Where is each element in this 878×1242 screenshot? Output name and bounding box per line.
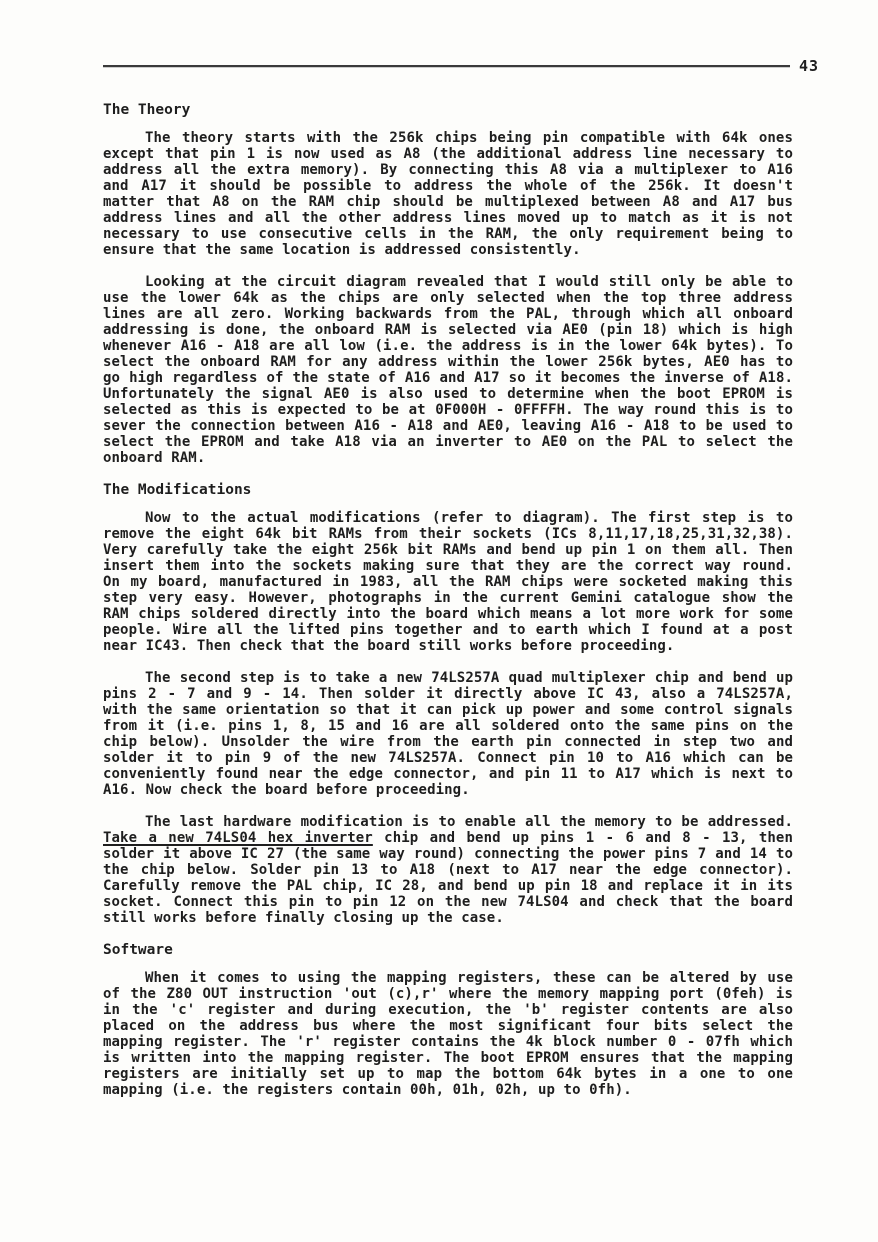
text-line: except that pin 1 is now used as A8 (the… (103, 146, 793, 162)
text-line: near IC43. Then check that the board sti… (103, 638, 793, 654)
text-line: ensure that the same location is address… (103, 242, 793, 258)
text-line: placed on the address bus where the most… (103, 1018, 793, 1034)
text-line: A16. Now check the board before proceedi… (103, 782, 793, 798)
text-line: conveniently found near the edge connect… (103, 766, 793, 782)
text-line: Now to the actual modifications (refer t… (103, 510, 793, 526)
text-line: matter that A8 on the RAM chip should be… (103, 194, 793, 210)
text-line: mapping (i.e. the registers contain 00h,… (103, 1082, 793, 1098)
paragraph-software-1: When it comes to using the mapping regis… (103, 970, 793, 1098)
text-line: people. Wire all the lifted pins togethe… (103, 622, 793, 638)
text-line: remove the eight 64k bit RAMs from their… (103, 526, 793, 542)
text-line: select the onboard RAM for any address w… (103, 354, 793, 370)
section-heading-the-theory: The Theory (103, 102, 793, 118)
underlined-text: Take a new 74LS04 hex inverter (103, 830, 373, 846)
text-line: necessary to use consecutive cells in th… (103, 226, 793, 242)
text-line: Very carefully take the eight 256k bit R… (103, 542, 793, 558)
text-line: Unfortunately the signal AE0 is also use… (103, 386, 793, 402)
paragraph-modifications-3: The last hardware modification is to ena… (103, 814, 793, 926)
text-line: with the same orientation so that it can… (103, 702, 793, 718)
text-line: Take a new 74LS04 hex inverter chip and … (103, 830, 793, 846)
text-line: lines are all zero. Working backwards fr… (103, 306, 793, 322)
header-rule (103, 65, 790, 67)
text-line: Looking at the circuit diagram revealed … (103, 274, 793, 290)
text-line: address lines and all the other address … (103, 210, 793, 226)
text-line: the chip below. Solder pin 13 to A18 (ne… (103, 862, 793, 878)
text-line: go high regardless of the state of A16 a… (103, 370, 793, 386)
document-page: 43 The Theory The theory starts with the… (0, 0, 878, 1242)
text-line: step very easy. However, photographs in … (103, 590, 793, 606)
section-heading-the-modifications: The Modifications (103, 482, 793, 498)
text-line: insert them into the sockets making sure… (103, 558, 793, 574)
paragraph-theory-1: The theory starts with the 256k chips be… (103, 130, 793, 258)
text-line: sever the connection between A16 - A18 a… (103, 418, 793, 434)
text-line: registers are initially set up to map th… (103, 1066, 793, 1082)
text-line: solder it to pin 9 of the new 74LS257A. … (103, 750, 793, 766)
paragraph-modifications-1: Now to the actual modifications (refer t… (103, 510, 793, 654)
text-line: The last hardware modification is to ena… (103, 814, 793, 830)
page-number: 43 (799, 57, 819, 75)
text-line: whenever A16 - A18 are all low (i.e. the… (103, 338, 793, 354)
text-line: The second step is to take a new 74LS257… (103, 670, 793, 686)
text-line: pins 2 - 7 and 9 - 14. Then solder it di… (103, 686, 793, 702)
text-line: selected as this is expected to be at 0F… (103, 402, 793, 418)
text-line: still works before finally closing up th… (103, 910, 793, 926)
text-line: of the Z80 OUT instruction 'out (c),r' w… (103, 986, 793, 1002)
section-heading-software: Software (103, 942, 793, 958)
text-line: RAM chips soldered directly into the boa… (103, 606, 793, 622)
text-line: When it comes to using the mapping regis… (103, 970, 793, 986)
page-header: 43 (103, 58, 819, 74)
text-line: chip below). Unsolder the wire from the … (103, 734, 793, 750)
text-line: address all the extra memory). By connec… (103, 162, 793, 178)
text-line: in the 'c' register and during execution… (103, 1002, 793, 1018)
section-software: Software When it comes to using the mapp… (103, 942, 793, 1098)
section-the-modifications: The Modifications Now to the actual modi… (103, 482, 793, 926)
section-the-theory: The Theory The theory starts with the 25… (103, 102, 793, 466)
text-line: addressing is done, the onboard RAM is s… (103, 322, 793, 338)
text-line: and A17 it should be possible to address… (103, 178, 793, 194)
text-line: Carefully remove the PAL chip, IC 28, an… (103, 878, 793, 894)
text-line: use the lower 64k as the chips are only … (103, 290, 793, 306)
text-line: solder it above IC 27 (the same way roun… (103, 846, 793, 862)
text-line: mapping register. The 'r' register conta… (103, 1034, 793, 1050)
page-content: 43 The Theory The theory starts with the… (103, 58, 793, 1114)
text-line: is written into the mapping register. Th… (103, 1050, 793, 1066)
paragraph-theory-2: Looking at the circuit diagram revealed … (103, 274, 793, 466)
text-line: On my board, manufactured in 1983, all t… (103, 574, 793, 590)
text-line: onboard RAM. (103, 450, 793, 466)
text-line: The theory starts with the 256k chips be… (103, 130, 793, 146)
paragraph-modifications-2: The second step is to take a new 74LS257… (103, 670, 793, 798)
text-line: from it (i.e. pins 1, 8, 15 and 16 are a… (103, 718, 793, 734)
text-line: select the EPROM and take A18 via an inv… (103, 434, 793, 450)
text-line: socket. Connect this pin to pin 12 on th… (103, 894, 793, 910)
